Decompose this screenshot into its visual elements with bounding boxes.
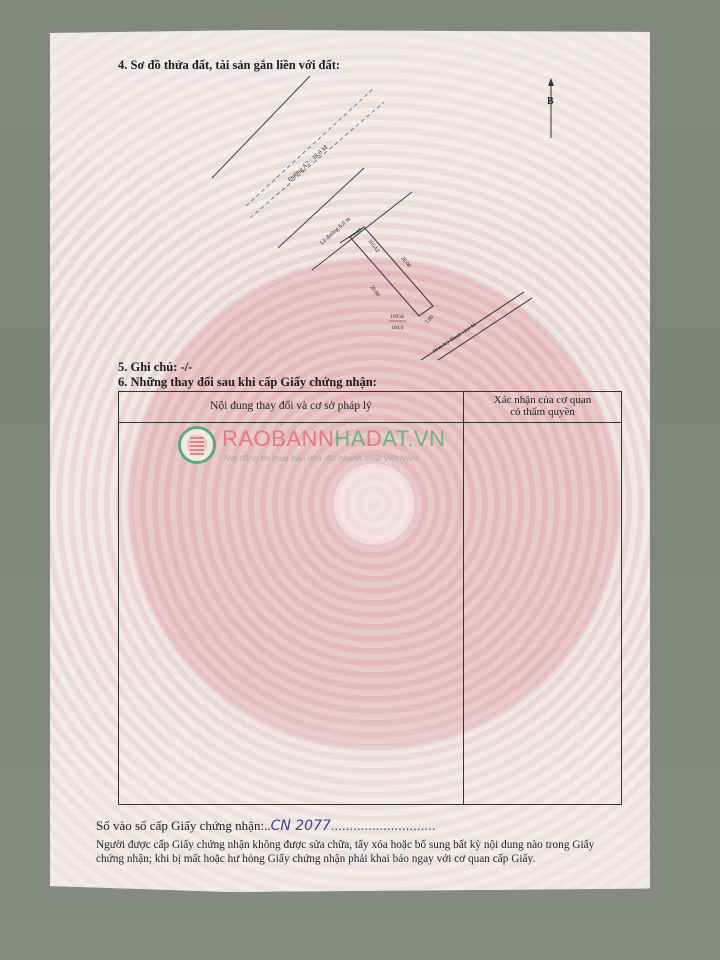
svg-text:Đường A2 : 18,0 M: Đường A2 : 18,0 M — [287, 144, 330, 184]
building-logo-icon — [178, 426, 216, 464]
legal-notice: Người được cấp Giấy chứng nhận không đượ… — [96, 838, 616, 866]
registry-label: Số vào sổ cấp Giấy chứng nhận:.. — [96, 818, 271, 833]
svg-text:5.00: 5.00 — [424, 314, 435, 325]
watermark-logo: RAOBANNHADAT.VN Nơi đăng tin mua bán nhà… — [178, 424, 498, 474]
svg-text:100,0: 100,0 — [391, 325, 404, 331]
section-5-note: 5. Ghi chú: -/- — [118, 360, 192, 375]
brand-part: BAN — [271, 426, 318, 451]
north-arrow-icon: B — [547, 78, 554, 138]
brand-part: RAO — [222, 426, 271, 451]
registry-number-line: Số vào sổ cấp Giấy chứng nhận:..CN 2077.… — [96, 818, 436, 834]
registry-dots: ............................ — [331, 818, 436, 833]
brand-part: D — [366, 426, 382, 451]
header-divider — [119, 422, 621, 423]
brand-part: N — [318, 426, 334, 451]
column-header-changes: Nội dung thay đổi và cơ sở pháp lý — [119, 400, 463, 412]
svg-text:20.00: 20.00 — [368, 285, 381, 299]
svg-text:Lề đường 6,0 m: Lề đường 6,0 m — [319, 215, 352, 246]
watermark-brand: RAOBANNHADAT.VN — [222, 426, 446, 452]
header-line-1: Xác nhận của cơ quan — [464, 394, 621, 406]
column-header-confirmation: Xác nhận của cơ quan có thẩm quyền — [464, 394, 621, 418]
svg-text:105A2: 105A2 — [366, 239, 380, 255]
brand-part: HA — [334, 426, 366, 451]
watermark-tagline: Nơi đăng tin mua bán nhà đất nhanh nhất … — [224, 453, 418, 463]
svg-text:20.00: 20.00 — [399, 256, 412, 270]
brand-part: AT.VN — [382, 426, 445, 451]
svg-text:10958: 10958 — [390, 314, 404, 320]
registry-handwritten-number: CN 2077 — [271, 818, 331, 834]
land-plot-diagram: B Đường A2 : 18,0 M Lề đường 6,0 m 5.00 … — [190, 70, 590, 360]
section-6-title: 6. Những thay đổi sau khi cấp Giấy chứng… — [118, 375, 377, 390]
svg-text:B: B — [547, 96, 554, 107]
header-line-2: có thẩm quyền — [464, 406, 621, 418]
